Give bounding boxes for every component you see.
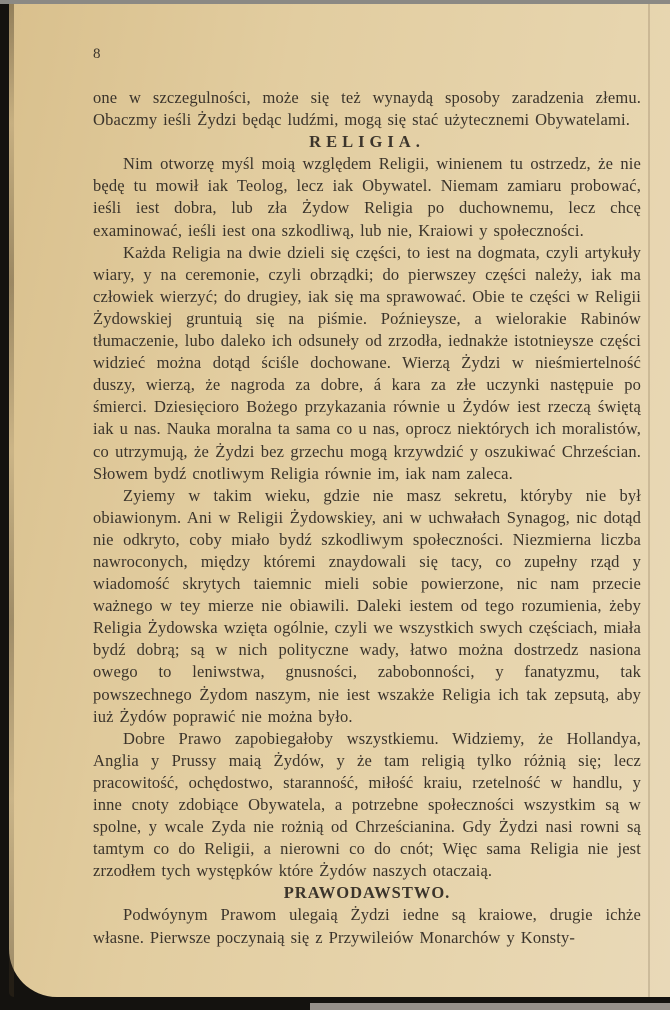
body-paragraph: Zyiemy w takim wieku, gdzie nie masz sek… <box>93 485 641 728</box>
book-page: 8 one w szczegulności, może się też wyna… <box>9 4 670 997</box>
page-number: 8 <box>93 46 641 63</box>
body-paragraph: one w szczegulności, może się też wynayd… <box>93 87 641 131</box>
scanner-background-bottom <box>310 1003 670 1010</box>
body-paragraph: Podwóynym Prawom ulegaią Żydzi iedne są … <box>93 904 641 948</box>
body-paragraph: Każda Religia na dwie dzieli się części,… <box>93 242 641 485</box>
body-paragraph: Nim otworzę myśl moią względem Religii, … <box>93 153 641 241</box>
section-heading-prawodawstwo: PRAWODAWSTWO. <box>93 882 641 904</box>
section-heading-religia: RELIGIA. <box>93 131 641 153</box>
page-text-block: one w szczegulności, może się też wynayd… <box>93 87 641 949</box>
body-paragraph: Dobre Prawo zapobiegałoby wszystkiemu. W… <box>93 728 641 883</box>
